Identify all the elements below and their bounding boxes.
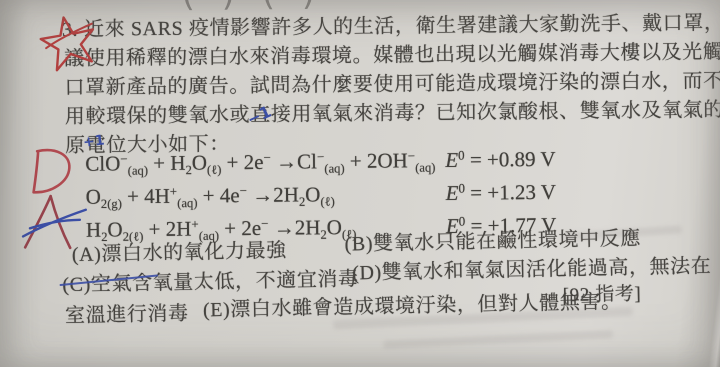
exam-page: ( ) ( ) 3.近來 SARS 疫情影響許多人的生活，衛生署建議大家勤洗手、…: [0, 0, 720, 1]
half-reaction-oxygen: O2(g) + 4H+(aq) + 4e− →2H2O(ℓ): [85, 177, 445, 214]
question-line-text: 近來 SARS 疫情影響許多人的生活，衛生署建議大家勤洗手、戴口罩，也建: [84, 12, 720, 41]
margin-answer-a-crossed-pen-mark: [20, 192, 91, 251]
half-reaction-hypochlorite: ClO−(aq) + H2O(ℓ) + 2e− →Cl−(aq) + 2OH−(…: [85, 144, 445, 181]
exam-source-tag: [92 指考]: [562, 279, 641, 308]
bleed-through-streak: [383, 330, 613, 348]
oxidation-state-annotation-plus1: +1: [82, 132, 105, 150]
options-block: (A)漂白水的氧化力最強 (B)雙氧水只能在鹼性環境中反應 (C)空氣含氧量太低…: [0, 0, 717, 1]
option-d: (D)雙氧水和氧氣因活化能過高，無法在: [352, 249, 712, 285]
red-star-pen-mark: [38, 14, 101, 71]
option-d-continuation: 室溫進行消毒: [65, 297, 189, 328]
option-a: (A)漂白水的氧化力最強: [71, 234, 287, 267]
half-reaction-row: O2(g) + 4H+(aq) + 4e− →2H2O(ℓ) E0 = +1.2…: [85, 176, 556, 214]
standard-potential-oxygen: E0 = +1.23 V: [445, 176, 556, 210]
standard-potential-hypochlorite: E0 = +0.89 V: [445, 143, 556, 177]
margin-answer-d-pen-mark: [27, 146, 78, 197]
half-reaction-row: ClO−(aq) + H2O(ℓ) + 2e− →Cl−(aq) + 2OH−(…: [85, 143, 556, 181]
question-block: 3.近來 SARS 疫情影響許多人的生活，衛生署建議大家勤洗手、戴口罩，也建 議…: [62, 9, 720, 161]
